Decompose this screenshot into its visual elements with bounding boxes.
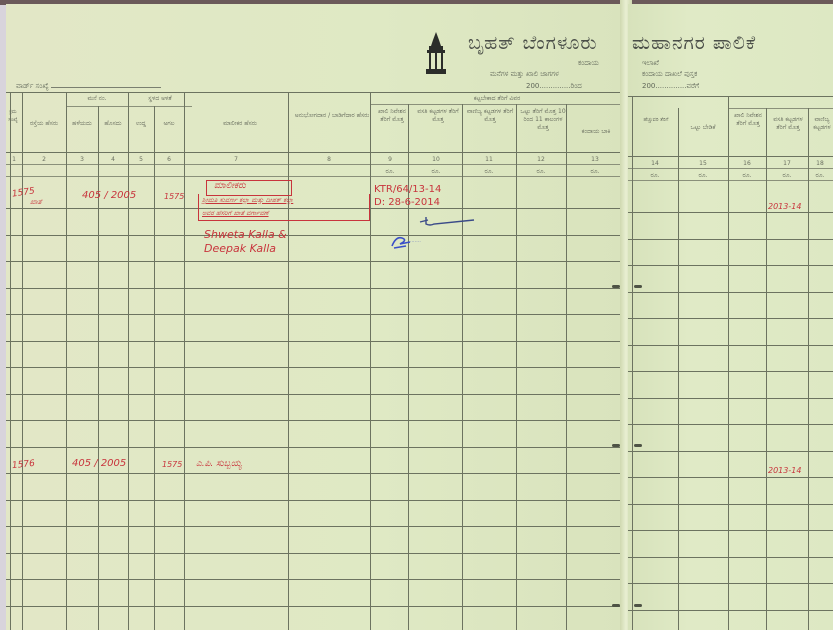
- punch-hole: [612, 285, 620, 288]
- col-num-10: 10: [410, 156, 462, 163]
- currency-17: ರೂ.: [766, 172, 808, 180]
- row-line: [628, 318, 833, 319]
- ward-field[interactable]: [51, 87, 161, 88]
- subtitle-2: ಮನೆಗಳ ಮತ್ತು ಖಾಲಿ ಜಾಗಗಳ: [490, 70, 559, 79]
- col-num-11: 11: [462, 156, 516, 163]
- row-line: [628, 477, 833, 478]
- col-header-18: ವಾಣಿಜ್ಯ ಕಟ್ಟಡಗಳ: [810, 116, 833, 132]
- col-num-15: 15: [678, 160, 728, 167]
- entry-1-owner-line1: ಶ್ರೀಮತಿ ಸುವರ್ಣ ಕಲ್ಲಾ ಮತ್ತು ದೀಪಕ್ ಕಲ್ಲಾ: [202, 196, 293, 205]
- col-num-5: 5: [128, 156, 154, 163]
- row-line: [628, 451, 833, 452]
- col-num-9: 9: [370, 156, 410, 163]
- col-num-13: 13: [566, 156, 624, 163]
- col-num-18: 18: [808, 160, 832, 167]
- col-line: [22, 92, 23, 630]
- col-header-2: ರಸ್ತೆಯ ಹೆಸರು: [22, 120, 66, 128]
- header-bottom-border: [628, 156, 833, 157]
- row-line: [628, 557, 833, 558]
- col-line: [766, 108, 767, 630]
- row-line: [6, 367, 624, 368]
- col-line: [128, 92, 129, 630]
- row-line: [628, 398, 833, 399]
- col-num-4: 4: [98, 156, 128, 163]
- row-line: [6, 447, 624, 448]
- col-line: [66, 92, 67, 630]
- col-header-7: ಮಾಲೀಕರ ಹೆಸರು: [192, 120, 288, 128]
- punch-hole: [612, 604, 620, 607]
- col-num-14: 14: [632, 160, 678, 167]
- entry-2-year: 2013-14: [768, 466, 801, 475]
- ledger-right-page: ಮಹಾನಗರ ಪಾಲಿಕೆ ಇಲಾಖೆ ಕಂದಾಯ ದಾಖಲೆ ಪುಸ್ತಕ 2…: [628, 4, 833, 630]
- row-line: [628, 424, 833, 425]
- stamp-text: .......: [410, 238, 421, 244]
- row-line: [6, 553, 624, 554]
- row-line: [628, 345, 833, 346]
- col-num-7: 7: [184, 156, 288, 163]
- punch-hole: [634, 444, 642, 447]
- punch-hole: [612, 444, 620, 447]
- currency-15: ರೂ.: [678, 172, 728, 180]
- page-title-right: ಮಹಾನಗರ ಪಾಲಿಕೆ: [632, 32, 756, 54]
- row-line: [628, 292, 833, 293]
- row-line: [628, 371, 833, 372]
- col-header-4: ಹೊಸದು: [98, 120, 128, 128]
- currency-14: ರೂ.: [632, 172, 678, 180]
- currency-12: ರೂ.: [516, 168, 566, 176]
- punch-hole: [634, 604, 642, 607]
- currency-row-line: [628, 180, 833, 181]
- col-num-6: 6: [154, 156, 184, 163]
- entry-2-serial: 1576: [12, 459, 36, 471]
- col-header-16: ಖಾಲಿ ನಿವೇಶನ ತೆರಿಗೆ ಮೊತ್ತ: [730, 112, 766, 128]
- group-header-tax: ಕಟ್ಟಬೇಕಾದ ತೆರಿಗೆ ವಿವರ: [370, 95, 624, 103]
- col-header-11: ವಾಣಿಜ್ಯ ಕಟ್ಟಡಗಳ ತೆರಿಗೆ ಮೊತ್ತ: [464, 108, 516, 124]
- row-line: [6, 261, 624, 262]
- table-top-border: [628, 96, 833, 97]
- col-header-5: ಉದ್ದ: [128, 120, 154, 128]
- currency-16: ರೂ.: [728, 172, 766, 180]
- col-num-8: 8: [288, 156, 370, 163]
- currency-13: ರೂ.: [566, 168, 624, 176]
- row-line: [6, 288, 624, 289]
- group-header-line: [728, 108, 833, 109]
- entry-1-serial-note: ಖಾತೆ: [30, 198, 42, 207]
- row-line: [6, 473, 624, 474]
- row-line: [628, 265, 833, 266]
- entry-2-property-no: 405 / 2005: [72, 458, 126, 469]
- col-header-10: ವಸತಿ ಕಟ್ಟಡಗಳ ತೆರಿಗೆ ಮೊತ್ತ: [412, 108, 464, 124]
- col-line: [370, 92, 371, 630]
- row-line: [6, 606, 624, 607]
- col-num-17: 17: [766, 160, 808, 167]
- subtitle-1: ಕಂದಾಯ: [578, 59, 599, 68]
- stamp-icon: [388, 234, 412, 250]
- row-line: [628, 504, 833, 505]
- entry-2-owner: ಎ.ಪಿ. ಸುಬ್ಬಯ್ಯ: [196, 459, 242, 469]
- entry-1-owner-english: Shweta Kalla & Deepak Kalla: [204, 228, 314, 256]
- entry-1-year: 2013-14: [768, 202, 801, 211]
- col-header-3: ಹಳೆಯದು: [66, 120, 98, 128]
- subtitle-right-1: ಇಲಾಖೆ: [642, 59, 659, 68]
- entry-1-owner-line2: ಅವರ ಹೆಸರಿಗೆ ಖಾತೆ ವರ್ಗಾವಣೆ: [202, 209, 269, 218]
- col-header-9: ಖಾಲಿ ನಿವೇಶನ ತೆರಿಗೆ ಮೊತ್ತ: [374, 108, 410, 124]
- row-line: [6, 420, 624, 421]
- signature-icon: [418, 214, 476, 228]
- page-title-left: ಬೃಹತ್ ಬೆಂಗಳೂರು: [468, 32, 597, 54]
- punch-hole: [634, 285, 642, 288]
- table-top-border: [6, 92, 624, 93]
- entry-1-owner-boxed: ಮಾಲೀಕರು: [214, 181, 246, 191]
- ledger-left-page: ಬೃಹತ್ ಬೆಂಗಳೂರು ಕಂದಾಯ ಮನೆಗಳ ಮತ್ತು ಖಾಲಿ ಜಾ…: [6, 4, 624, 630]
- number-row-line: [628, 168, 833, 169]
- temple-emblem-icon: [425, 32, 447, 78]
- col-line: [678, 108, 679, 630]
- currency-18: ರೂ.: [808, 172, 832, 180]
- row-line: [628, 610, 833, 611]
- col-header-1: ಕ್ರಮ ಸಂಖ್ಯೆ: [6, 108, 20, 124]
- row-line: [6, 394, 624, 395]
- row-line: [6, 526, 624, 527]
- currency-9: ರೂ.: [370, 168, 410, 176]
- entry-1-size: 1575: [164, 192, 184, 201]
- ward-label: ವಾರ್ಡ್ ಸಂಖ್ಯೆ: [16, 82, 161, 91]
- col-num-3: 3: [66, 156, 98, 163]
- entry-1-order-date: D: 28-6-2014: [374, 197, 440, 208]
- col-num-2: 2: [22, 156, 66, 163]
- row-line: [6, 235, 624, 236]
- col-header-12: ಒಟ್ಟು ತೆರಿಗೆ ಮೊತ್ತ 10 ರಿಂದ 11 ಕಾಲಂಗಳ ಮೊತ…: [518, 108, 568, 132]
- col-header-15: ಒಟ್ಟು ಬೇಡಿಕೆ: [680, 124, 726, 132]
- row-line: [628, 239, 833, 240]
- row-line: [6, 314, 624, 315]
- currency-10: ರೂ.: [410, 168, 462, 176]
- group-header-size: ಸ್ಥಳದ ಅಳತೆ: [128, 95, 192, 103]
- row-line: [6, 579, 624, 580]
- col-header-17: ವಸತಿ ಕಟ್ಟಡಗಳ ತೆರಿಗೆ ಮೊತ್ತ: [768, 116, 808, 132]
- row-line: [628, 530, 833, 531]
- subtitle-right-2: ಕಂದಾಯ ದಾಖಲೆ ಪುಸ್ತಕ: [642, 70, 697, 79]
- col-line: [288, 92, 289, 630]
- row-line: [628, 583, 833, 584]
- subtitle-right-3: 200..............ವರೆಗೆ: [642, 82, 699, 91]
- col-header-6: ಅಗಲ: [154, 120, 184, 128]
- col-num-16: 16: [728, 160, 766, 167]
- col-line: [632, 96, 633, 630]
- row-line: [628, 212, 833, 213]
- col-header-14: ಹೆಚ್ಚುವರಿ ತೆರಿಗೆ: [634, 116, 678, 124]
- col-line: [184, 92, 185, 630]
- entry-1-property-no: 405 / 2005: [82, 190, 136, 201]
- row-line: [6, 500, 624, 501]
- subtitle-3: 200..............ರಿಂದ: [526, 82, 582, 91]
- col-line: [808, 108, 809, 630]
- entry-2-size: 1575: [162, 460, 182, 469]
- entry-1-order-ref: KTR/64/13-14: [374, 184, 441, 195]
- col-header-8: ಅನುಭೋಗದಾರ / ಬಾಡಿಗೆದಾರ ಹೆಸರು: [294, 112, 370, 120]
- col-line: [10, 92, 11, 630]
- col-num-1: 1: [6, 156, 22, 163]
- group-header-property-no: ಮನೆ ನಂ.: [66, 95, 128, 103]
- currency-11: ರೂ.: [462, 168, 516, 176]
- col-header-13: ಕಂದಾಯ ಬಾಕಿ: [568, 128, 624, 136]
- col-line: [728, 96, 729, 630]
- ward-label-text: ವಾರ್ಡ್ ಸಂಖ್ಯೆ: [16, 82, 49, 90]
- row-line: [6, 341, 624, 342]
- col-num-12: 12: [516, 156, 566, 163]
